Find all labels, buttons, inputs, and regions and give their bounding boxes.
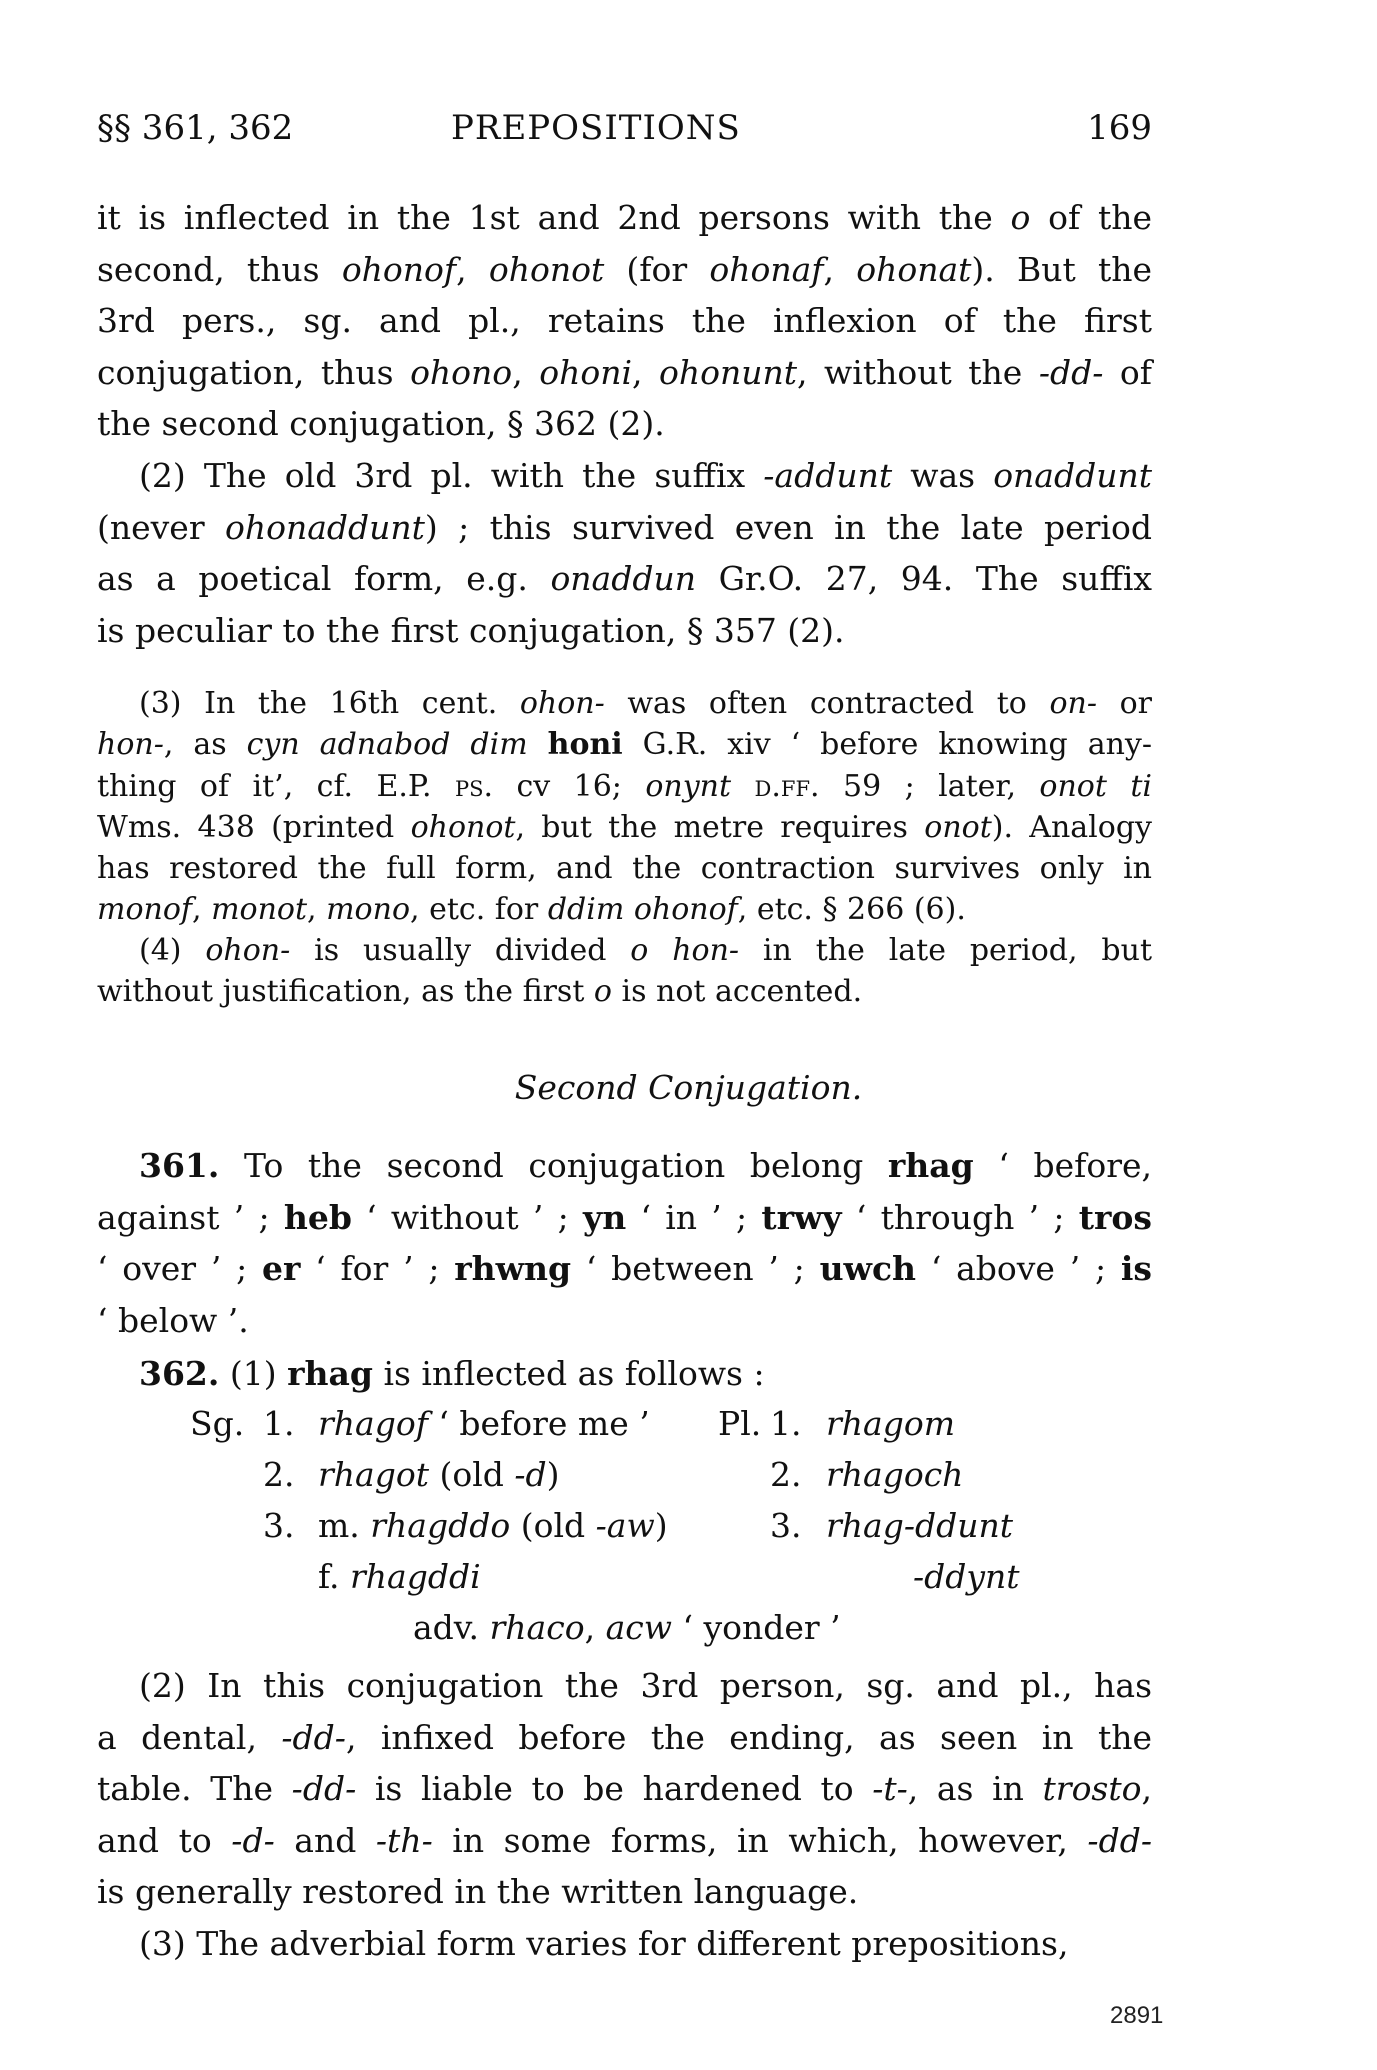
bold-term: heb: [284, 1198, 352, 1237]
paragraph-continuation: it is inflected in the 1st and 2nd perso…: [97, 192, 1152, 450]
text-line: is peculiar to the first conjugation, § …: [97, 605, 1152, 657]
italic-term: -dd-: [281, 1718, 346, 1757]
bold-term: uwch: [820, 1249, 917, 1288]
italic-term: acw: [606, 1608, 672, 1647]
running-header: §§ 361, 362 PREPOSITIONS 169: [97, 108, 1152, 158]
italic-term: ohonot: [489, 250, 604, 289]
italic-term: -addunt: [763, 456, 892, 495]
text-line: (4) ohon- is usually divided o hon- in t…: [97, 930, 1152, 971]
italic-term: rhag-ddunt: [826, 1506, 1013, 1545]
text-line: (2) The old 3rd pl. with the suffix -add…: [97, 450, 1152, 502]
page-number: 169: [1087, 108, 1152, 148]
italic-term: monot: [211, 892, 307, 927]
italic-term: o: [594, 974, 612, 1009]
italic-term: ohonaddunt: [225, 508, 425, 547]
italic-term: rhagddo: [370, 1506, 510, 1545]
pl-label: Pl.: [718, 1404, 761, 1443]
text-line: 361. To the second conjugation belong rh…: [97, 1140, 1152, 1192]
text-line: has restored the full form, and the cont…: [97, 848, 1152, 889]
text-line: second, thus ohonof, ohonot (for ohonaf,…: [97, 244, 1152, 296]
text-line: (3) The adverbial form varies for differ…: [97, 1918, 1152, 1970]
italic-term: rhaco: [490, 1608, 585, 1647]
text-line: against ’ ; heb ‘ without ’ ; yn ‘ in ’ …: [97, 1192, 1152, 1244]
bold-term: tros: [1079, 1198, 1152, 1237]
bold-term: rhag: [287, 1354, 373, 1393]
bold-term: rhwng: [454, 1249, 571, 1288]
text-line: it is inflected in the 1st and 2nd perso…: [97, 192, 1152, 244]
italic-term: ohonof: [342, 250, 456, 289]
italic-term: o: [1011, 198, 1031, 237]
italic-term: onaddun: [550, 559, 696, 598]
text-line: ‘ over ’ ; er ‘ for ’ ; rhwng ‘ between …: [97, 1243, 1152, 1295]
italic-term: -d: [514, 1455, 546, 1494]
pl-num: 3.: [770, 1506, 802, 1545]
text-line: ‘ below ’.: [97, 1295, 1152, 1347]
italic-term: -t-: [872, 1769, 908, 1808]
italic-term: ddim ohonof: [548, 892, 738, 927]
text-line: the second conjugation, § 362 (2).: [97, 398, 1152, 450]
text-line: (never ohonaddunt) ; this survived even …: [97, 502, 1152, 554]
section-362-note-2: (2) In this conjugation the 3rd person, …: [97, 1660, 1152, 1918]
bold-term: trwy: [761, 1198, 841, 1237]
italic-term: rhagot: [318, 1455, 429, 1494]
sg-form: rhagot (old -d): [318, 1455, 560, 1494]
scan-number: 2891: [1110, 2002, 1163, 2030]
section-362-intro: 362. (1) rhag is inflected as follows :: [97, 1348, 1152, 1400]
section-362-note-3: (3) The adverbial form varies for differ…: [97, 1918, 1152, 1970]
italic-term: ohon-: [520, 686, 605, 721]
italic-term: mono: [326, 892, 410, 927]
section-reference: §§ 361, 362: [97, 108, 293, 148]
bold-term: rhag: [888, 1146, 974, 1185]
italic-term: hon-: [97, 727, 164, 762]
bold-term: 362.: [139, 1354, 219, 1393]
page-title: PREPOSITIONS: [451, 108, 741, 148]
sg-num: 1.: [263, 1404, 295, 1443]
abbreviation: d.ff.: [755, 769, 820, 804]
text-line: hon-, as cyn adnabod dim honi G.R. xiv ‘…: [97, 724, 1152, 765]
paragraph-note-4: (4) ohon- is usually divided o hon- in t…: [97, 930, 1152, 1013]
bold-term: er: [262, 1249, 300, 1288]
italic-term: -dd-: [1087, 1821, 1152, 1860]
text-line: as a poetical form, e.g. onaddun Gr.O. 2…: [97, 553, 1152, 605]
italic-term: ohonat: [856, 250, 971, 289]
pl-num: 1.: [770, 1404, 802, 1443]
bold-term: is: [1121, 1249, 1152, 1288]
italic-term: o hon-: [630, 933, 739, 968]
italic-term: -th-: [376, 1821, 433, 1860]
text-line: conjugation, thus ohono, ohoni, ohonunt,…: [97, 347, 1152, 399]
bold-term: honi: [548, 727, 623, 762]
italic-term: -d-: [231, 1821, 274, 1860]
italic-term: -dd-: [292, 1769, 357, 1808]
italic-term: -aw: [596, 1506, 655, 1545]
text-line: 3rd pers., sg. and pl., retains the infl…: [97, 295, 1152, 347]
adverb-form: adv. rhaco, acw ‘ yonder ’: [413, 1608, 841, 1647]
pl-num: 2.: [770, 1455, 802, 1494]
text-line: and to -d- and -th- in some forms, in wh…: [97, 1815, 1152, 1867]
sg-num: 2.: [263, 1455, 295, 1494]
text-run: 1st: [469, 198, 520, 237]
italic-term: onot ti: [1039, 769, 1152, 804]
text-line: without justification, as the first o is…: [97, 971, 1152, 1012]
text-line: monof, monot, mono, etc. for ddim ohonof…: [97, 889, 1152, 930]
pl-form: rhag-ddunt: [826, 1506, 1013, 1545]
italic-term: ohono: [410, 353, 512, 392]
italic-term: onaddunt: [993, 456, 1152, 495]
abbreviation: ps.: [455, 769, 493, 804]
text-line: Wms. 438 (printed ohonot, but the metre …: [97, 807, 1152, 848]
text-line: is generally restored in the written lan…: [97, 1866, 1152, 1918]
text-line: thing of it’, cf. E.P. ps. cv 16; onynt …: [97, 766, 1152, 807]
bold-term: 361.: [139, 1146, 219, 1185]
italic-term: ohoni: [539, 353, 632, 392]
book-page: §§ 361, 362 PREPOSITIONS 169 it is infle…: [0, 0, 1377, 2070]
sg-num: 3.: [263, 1506, 295, 1545]
italic-term: onot: [924, 810, 992, 845]
italic-term: rhagom: [826, 1404, 955, 1443]
text-line: (2) In this conjugation the 3rd person, …: [97, 1660, 1152, 1712]
italic-term: ohon-: [205, 933, 290, 968]
text-line: table. The -dd- is liable to be hardened…: [97, 1763, 1152, 1815]
pl-form: -ddynt: [913, 1557, 1020, 1596]
italic-term: rhagddi: [350, 1557, 481, 1596]
bold-term: yn: [583, 1198, 626, 1237]
sg-form: m. rhagddo (old -aw): [318, 1506, 668, 1545]
italic-term: rhagoch: [826, 1455, 963, 1494]
paragraph-note-2: (2) The old 3rd pl. with the suffix -add…: [97, 450, 1152, 656]
italic-term: cyn adnabod dim: [247, 727, 528, 762]
sg-label: Sg.: [190, 1404, 244, 1443]
italic-term: trosto: [1043, 1769, 1142, 1808]
text-line: a dental, -dd-, infixed before the endin…: [97, 1712, 1152, 1764]
section-361: 361. To the second conjugation belong rh…: [97, 1140, 1152, 1346]
sg-form: rhagof ‘ before me ’: [318, 1404, 650, 1443]
italic-term: rhagof: [318, 1404, 428, 1443]
pl-form: rhagom: [826, 1404, 955, 1443]
italic-term: onynt: [645, 769, 731, 804]
text-run: 2nd: [617, 198, 680, 237]
paragraph-note-3: (3) In the 16th cent. ohon- was often co…: [97, 683, 1152, 931]
italic-term: -ddynt: [913, 1557, 1020, 1596]
section-362-intro-line: 362. (1) rhag is inflected as follows :: [97, 1348, 1152, 1400]
italic-term: monof: [97, 892, 192, 927]
pl-form: rhagoch: [826, 1455, 963, 1494]
italic-term: ohonunt: [659, 353, 797, 392]
italic-term: ohonot: [411, 810, 516, 845]
text-line: (3) In the 16th cent. ohon- was often co…: [97, 683, 1152, 724]
italic-term: on-: [1049, 686, 1097, 721]
section-subheading: Second Conjugation.: [0, 1068, 1377, 1107]
italic-term: -dd-: [1039, 353, 1104, 392]
italic-term: ohonaf: [709, 250, 823, 289]
sg-form: f. rhagddi: [318, 1557, 481, 1596]
